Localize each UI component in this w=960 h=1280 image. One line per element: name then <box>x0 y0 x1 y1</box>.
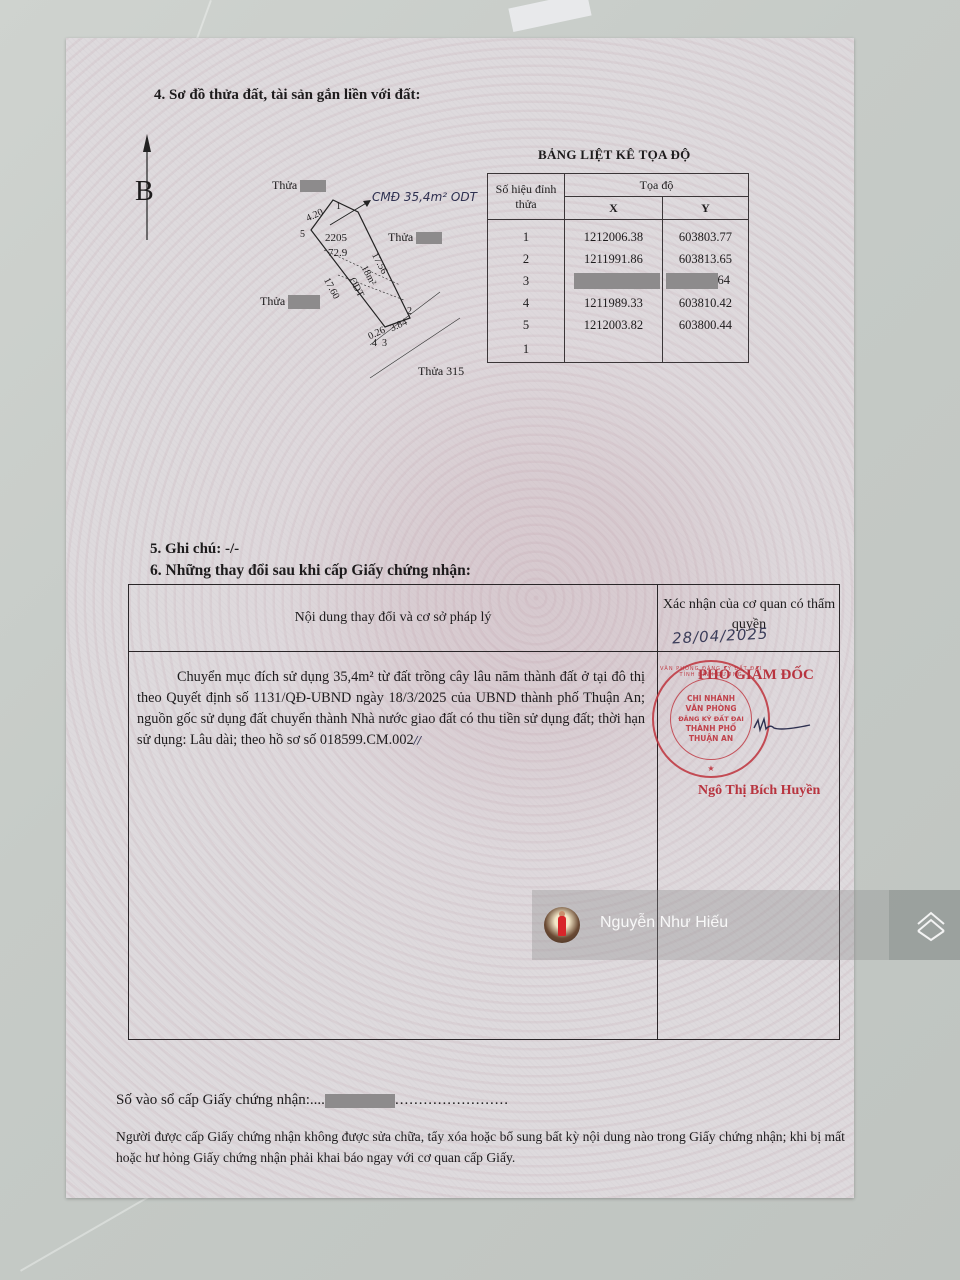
section-4-title: 4. Sơ đồ thửa đất, tài sản gắn liền với … <box>154 87 421 104</box>
parcel-diagram: B Thửa CMĐ 35,4m² ODT Thửa Thửa Thửa 315… <box>120 130 490 390</box>
signer-name: Ngô Thị Bích Huyền <box>698 783 820 799</box>
redacted-block <box>574 273 660 289</box>
registration-line: Số vào sổ cấp Giấy chứng nhận:..........… <box>116 1092 509 1109</box>
vertex-4: 4 <box>372 338 377 349</box>
signature-scribble <box>752 716 812 736</box>
signer-role: PHÓ GIÁM ĐỐC <box>698 667 814 684</box>
table-row: 1 1212006.38 603803.77 <box>488 220 749 249</box>
table-row: 5 1212003.82 603800.44 <box>488 314 749 336</box>
section-5-notes: 5. Ghi chú: -/- <box>150 541 239 558</box>
vertex-2: 2 <box>407 306 412 317</box>
changes-left-column <box>129 585 658 1039</box>
header-x: X <box>565 197 663 220</box>
parcel-area: 72.9 <box>328 247 347 259</box>
handwritten-note: CMĐ 35,4m² ODT <box>372 190 477 204</box>
redacted-block <box>325 1094 395 1108</box>
change-content: Chuyển mục đích sử dụng 35,4m² từ đất tr… <box>137 667 645 751</box>
parcel-label-north: Thửa <box>272 178 326 193</box>
parcel-number: 2205 <box>325 232 347 244</box>
house-stack-icon[interactable] <box>914 910 948 942</box>
north-label: B <box>135 176 154 208</box>
coord-table-title: BẢNG LIỆT KÊ TỌA ĐỘ <box>538 147 691 163</box>
header-y: Y <box>662 197 748 220</box>
redacted-block <box>288 295 320 309</box>
parcel-label-south: Thửa 315 <box>418 364 464 379</box>
changes-header-left: Nội dung thay đổi và cơ sở pháp lý <box>129 585 657 651</box>
redacted-block <box>666 273 718 289</box>
changes-table: Nội dung thay đổi và cơ sở pháp lý Xác n… <box>128 584 840 1040</box>
table-row: 3 64 <box>488 270 749 292</box>
vertex-5: 5 <box>300 229 305 240</box>
table-row: 4 1211989.33 603810.42 <box>488 292 749 314</box>
parcel-label-east: Thửa <box>388 230 442 245</box>
poster-overlay[interactable]: Nguyễn Như Hiếu <box>532 890 960 960</box>
table-row: 1 <box>488 336 749 363</box>
redacted-block <box>416 232 442 244</box>
parcel-sketch <box>120 130 490 390</box>
table-row: 2 1211991.86 603813.65 <box>488 248 749 270</box>
seal-star-icon: ★ <box>654 764 768 773</box>
section-6-title: 6. Những thay đổi sau khi cấp Giấy chứng… <box>150 562 471 580</box>
vertex-3: 3 <box>382 338 387 349</box>
header-coords: Tọa độ <box>565 174 749 197</box>
header-point: Số hiệu đỉnh thửa <box>488 174 565 220</box>
redacted-block <box>300 180 326 192</box>
certificate-notice: Người được cấp Giấy chứng nhận không đượ… <box>116 1126 846 1168</box>
tape-piece <box>508 0 591 32</box>
poster-avatar[interactable] <box>544 907 580 943</box>
poster-name[interactable]: Nguyễn Như Hiếu <box>600 914 728 932</box>
header-divider <box>129 651 839 652</box>
coordinate-table: Số hiệu đỉnh thửa Tọa độ X Y 1 1212006.3… <box>487 173 749 363</box>
vertex-1: 1 <box>336 201 341 212</box>
seal-center: CHI NHÁNH VĂN PHÒNG ĐĂNG KÝ ĐẤT ĐAI THÀN… <box>670 678 752 760</box>
parcel-label-west: Thửa <box>260 294 320 309</box>
